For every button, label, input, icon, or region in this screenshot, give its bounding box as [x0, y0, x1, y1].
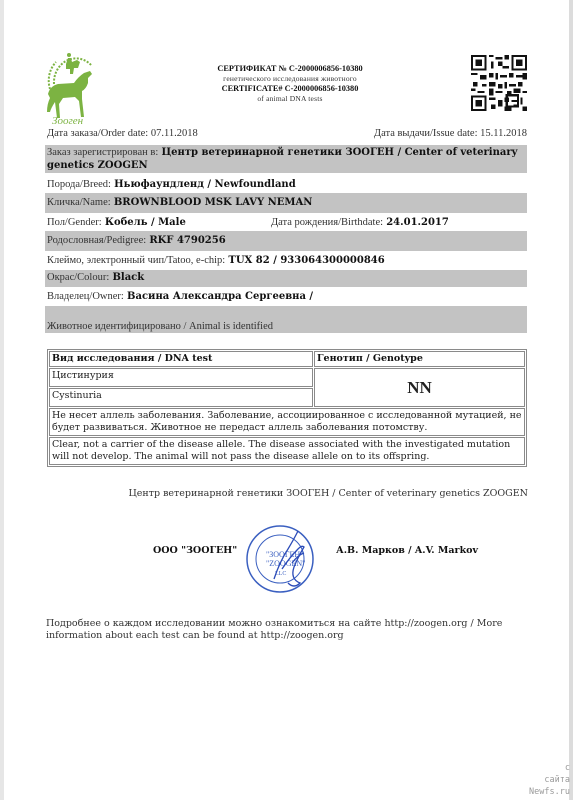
dates-row: Дата заказа/Order date: 07.11.2018 Дата … [45, 128, 527, 142]
field-pedigree: Родословная/Pedigree: RKF 4790256 [45, 231, 527, 251]
official-stamp: "ЗООГЕН" "ZOOGEN" LLC [244, 519, 318, 597]
certificate-number-ru: СЕРТИФИКАТ № С-2000006856-10380 [180, 64, 400, 74]
field-registered: Заказ зарегистрирован в: Центр ветеринар… [45, 145, 527, 173]
svg-text:Зooген: Зooген [52, 115, 84, 127]
page-edge-left [0, 0, 4, 800]
test-name-ru: Цистинурия [49, 368, 313, 387]
field-colour: Окрас/Colour: Black [45, 270, 527, 287]
qr-code [471, 55, 527, 111]
field-birthdate: Дата рождения/Birthdate: 24.01.2017 [271, 216, 449, 229]
certificate-header: СЕРТИФИКАТ № С-2000006856-10380 генетиче… [180, 64, 400, 104]
field-gender: Пол/Gender: Кобель / Male [47, 217, 186, 228]
watermark: с сайта Newfs.ru [529, 762, 570, 798]
header-genotype: Генотип / Genotype [314, 351, 525, 367]
stamp-seal-icon: "ЗООГЕН" "ZOOGEN" LLC [244, 519, 318, 597]
footer-note: Подробнее о каждом исследовании можно оз… [46, 618, 516, 642]
certificate-number-en: CERTIFICATE# C-2000006856-10380 [180, 84, 400, 94]
qr-code-icon [471, 55, 527, 111]
field-gender-birthdate: Пол/Gender: Кобель / Male Дата рождения/… [45, 213, 527, 231]
table-row: Не несет аллель заболевания. Заболевание… [49, 408, 525, 436]
genotype-value: NN [314, 368, 525, 407]
horse-rider-logo-icon: Зooген [42, 44, 100, 128]
field-chip: Клеймо, электронный чип/Tatoo, e-chip: T… [45, 251, 527, 270]
signer-name: А.В. Марков / A.V. Markov [336, 545, 478, 556]
field-identified: Животное идентифицировано / Animal is id… [45, 306, 527, 333]
field-breed: Порода/Breed: Ньюфаундленд / Newfoundlan… [45, 176, 527, 193]
certificate-subtitle-ru: генетического исследования животного [180, 74, 400, 84]
certificate-subtitle-en: of animal DNA tests [180, 94, 400, 104]
header-dna-test: Вид исследования / DNA test [49, 351, 313, 367]
field-name: Кличка/Name: BROWNBLOOD MSK LAVY NEMAN [45, 193, 527, 213]
zoogen-logo: Зooген [42, 44, 100, 128]
result-ru: Не несет аллель заболевания. Заболевание… [49, 408, 525, 436]
issuing-center: Центр ветеринарной генетики ЗООГЕН / Cen… [100, 488, 528, 499]
field-owner: Владелец/Owner: Васина Александра Сергее… [45, 287, 527, 306]
table-row: Цистинурия NN [49, 368, 525, 387]
table-row: Clear, not a carrier of the disease alle… [49, 437, 525, 465]
dna-test-table: Вид исследования / DNA test Генотип / Ge… [47, 349, 527, 467]
company-name: ООО "ЗООГЕН" [153, 545, 237, 556]
issue-date: Дата выдачи/Issue date: 15.11.2018 [374, 128, 527, 139]
result-en: Clear, not a carrier of the disease alle… [49, 437, 525, 465]
table-header-row: Вид исследования / DNA test Генотип / Ge… [49, 351, 525, 367]
order-date: Дата заказа/Order date: 07.11.2018 [47, 128, 198, 139]
page-edge-right [569, 0, 573, 800]
test-name-en: Cystinuria [49, 388, 313, 407]
